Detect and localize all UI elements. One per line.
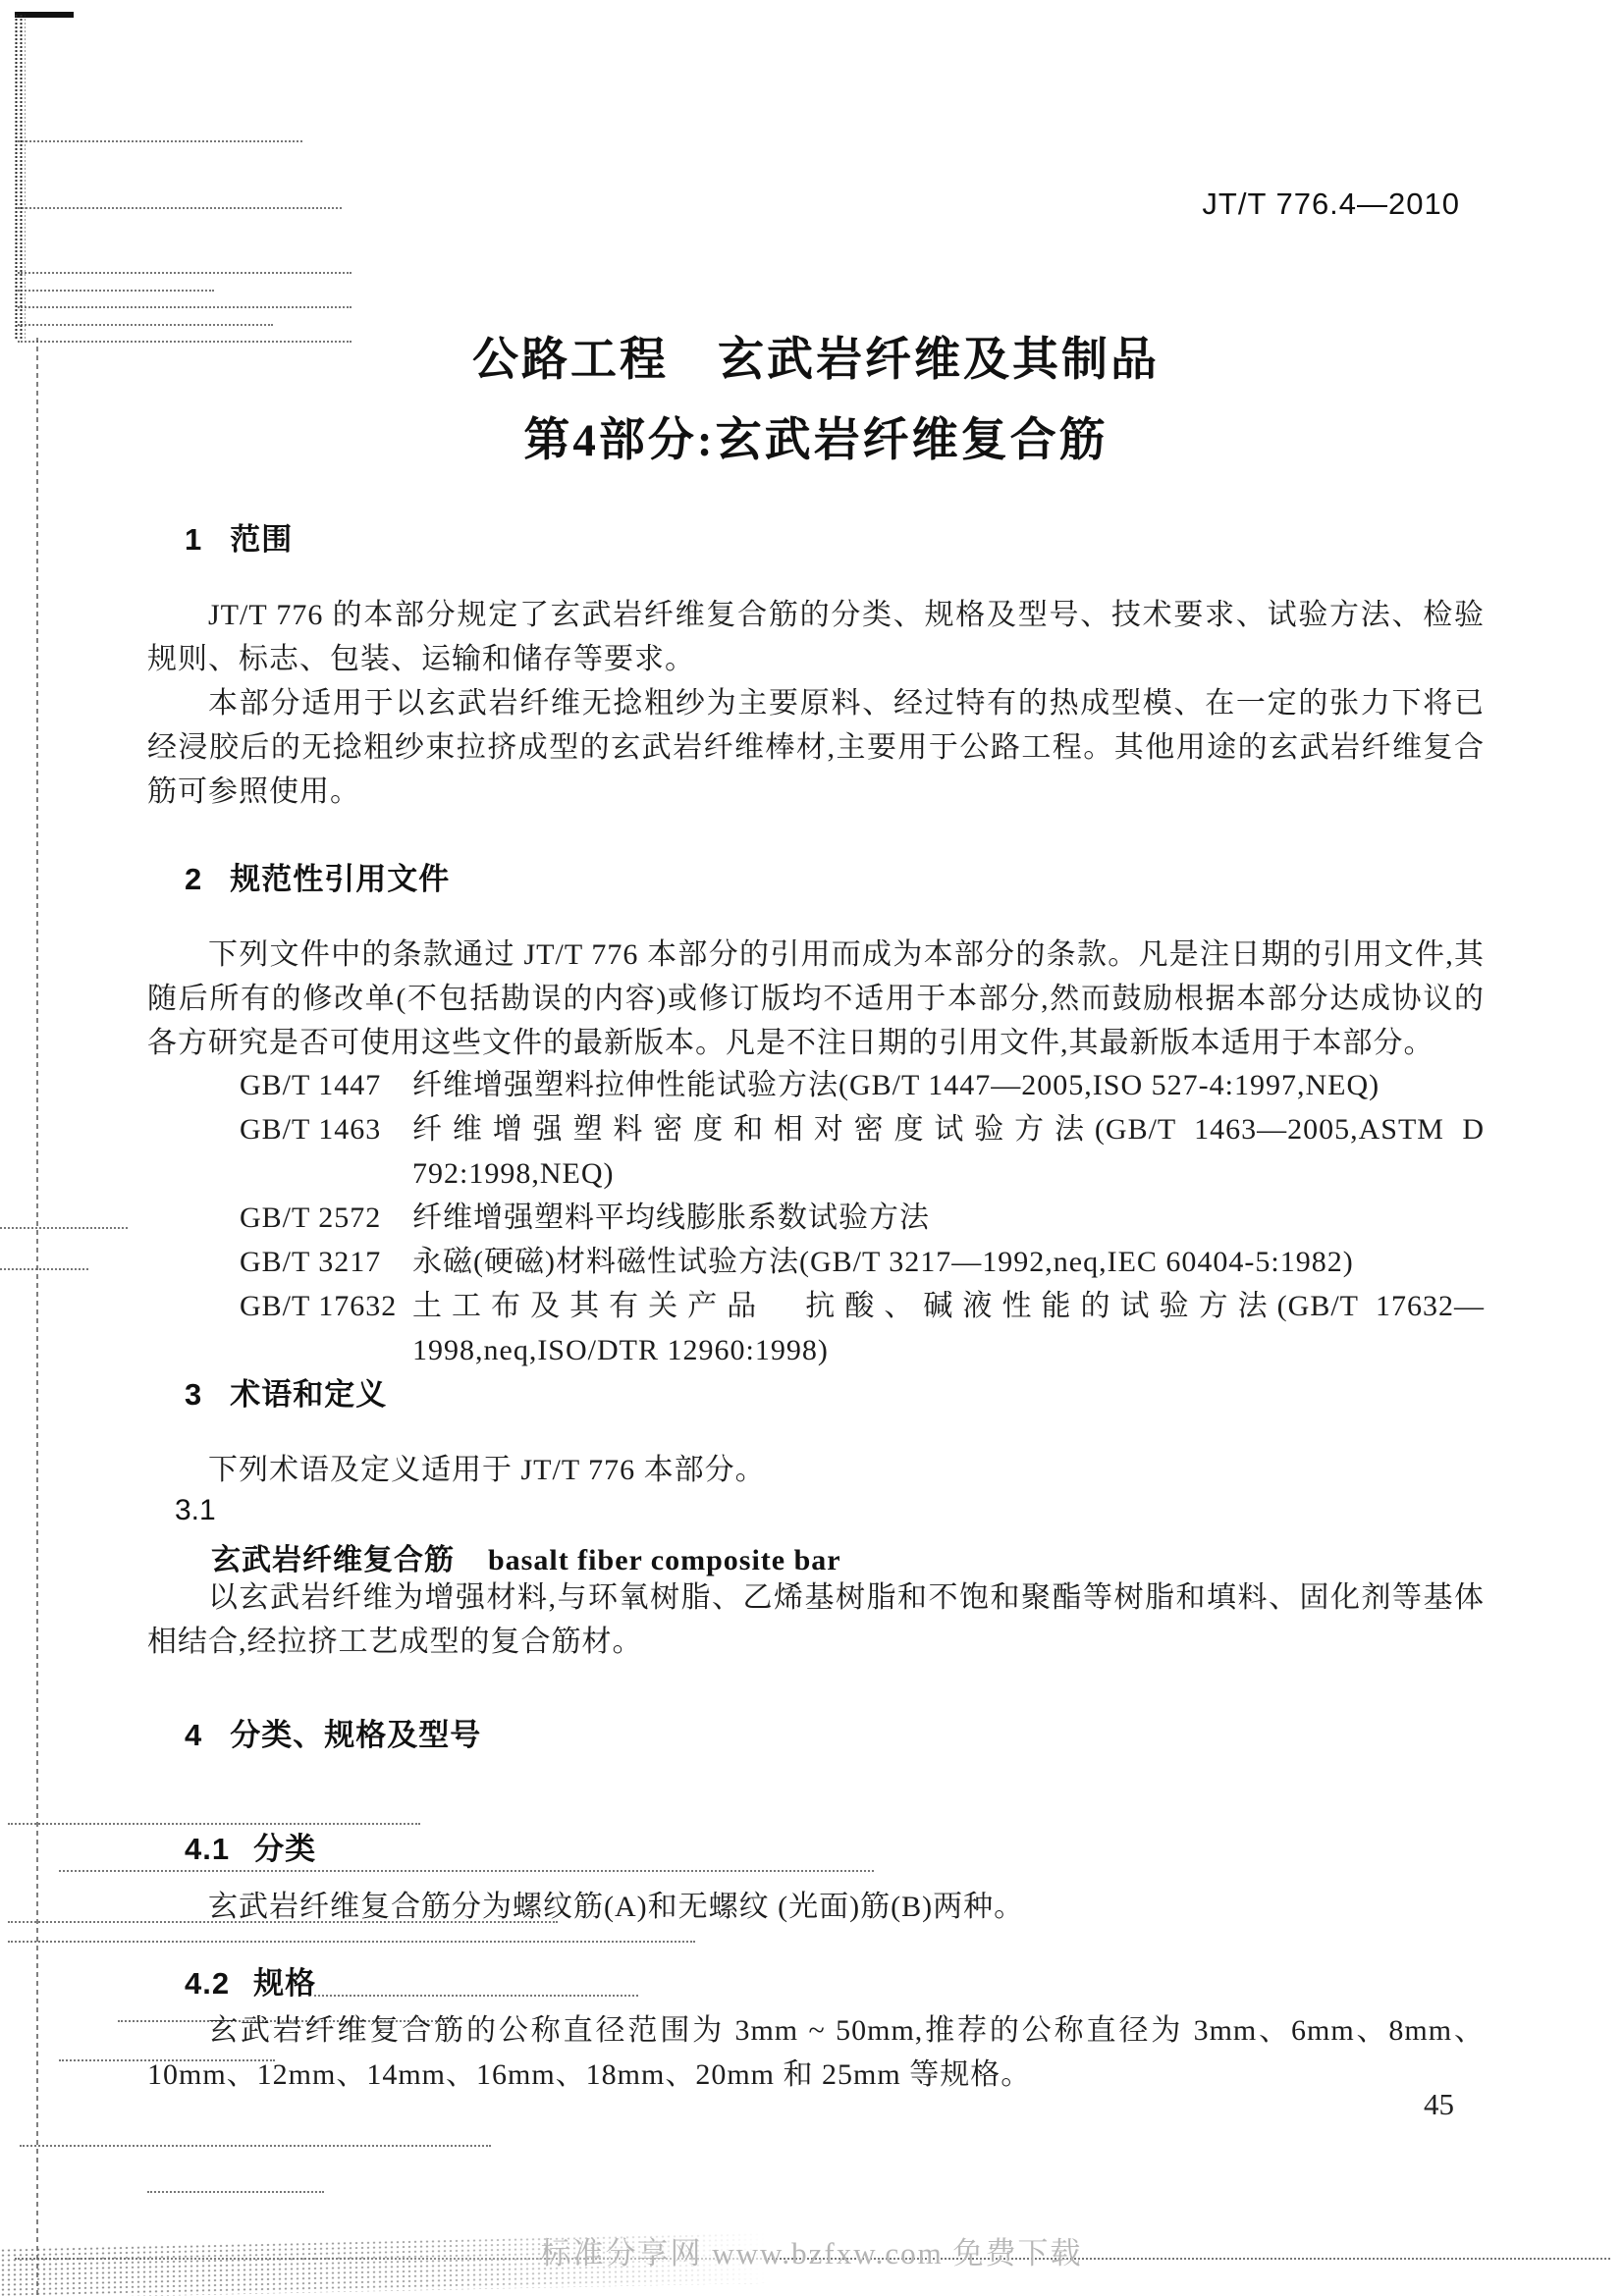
term-number: 3.1: [175, 1494, 1512, 1527]
section-title: 范围: [230, 522, 293, 557]
section-number: 4.2: [185, 1966, 230, 2001]
doc-title-line1: 公路工程 玄武岩纤维及其制品: [147, 320, 1485, 400]
section-3-heading: 3术语和定义: [185, 1369, 1522, 1414]
term-name-en: basalt fiber composite bar: [488, 1544, 841, 1576]
reference-title: 土工布及其有关产品 抗酸、碱液性能的试验方法(GB/T 17632—1998,n…: [412, 1284, 1485, 1372]
reference-title: 永磁(硬磁)材料磁性试验方法(GB/T 3217—1992,neq,IEC 60…: [412, 1240, 1485, 1284]
paragraph: 玄武岩纤维复合筋分为螺纹筋(A)和无螺纹 (光面)筋(B)两种。: [147, 1885, 1485, 1929]
section-title: 规范性引用文件: [230, 862, 450, 896]
scan-noise-line: [0, 1227, 128, 1229]
term-entry: 玄武岩纤维复合筋basalt fiber composite bar: [211, 1535, 1548, 1578]
paragraph: 以玄武岩纤维为增强材料,与环氧树脂、乙烯基树脂和不饱和聚酯等树脂和填料、固化剂等…: [147, 1575, 1485, 1664]
scan-noise-line: [8, 1941, 695, 1943]
watermark-text: 标准分享网 www.bzfxw.com 免费下载: [0, 2228, 1623, 2272]
section-4-1-body: 玄武岩纤维复合筋分为螺纹筋(A)和无螺纹 (光面)筋(B)两种。: [147, 1885, 1485, 1929]
section-title: 术语和定义: [230, 1377, 387, 1412]
reference-code: GB/T 1447: [240, 1063, 381, 1107]
scan-noise-line: [18, 290, 214, 292]
reference-code: GB/T 17632: [240, 1284, 397, 1328]
doc-title-line2: 第4部分:玄武岩纤维复合筋: [147, 400, 1485, 481]
doc-code: JT/T 776.4—2010: [1202, 187, 1460, 222]
reference-list: GB/T 1447 纤维增强塑料拉伸性能试验方法(GB/T 1447—2005,…: [147, 1063, 1485, 1372]
scan-noise-line: [147, 2191, 324, 2193]
section-title: 分类、规格及型号: [230, 1718, 481, 1752]
document-page: JT/T 776.4—2010 公路工程 玄武岩纤维及其制品 第4部分:玄武岩纤…: [0, 0, 1623, 2296]
section-1-body: JT/T 776 的本部分规定了玄武岩纤维复合筋的分类、规格及型号、技术要求、试…: [147, 593, 1485, 814]
reference-code: GB/T 1463: [240, 1107, 381, 1151]
section-number: 4: [185, 1718, 202, 1752]
section-3-intro: 下列术语及定义适用于 JT/T 776 本部分。: [147, 1448, 1485, 1492]
reference-item: GB/T 1463 纤维增强塑料密度和相对密度试验方法(GB/T 1463—20…: [147, 1107, 1485, 1196]
scan-noise-line: [18, 272, 352, 274]
section-number: 4.1: [185, 1832, 230, 1866]
term-name-cn: 玄武岩纤维复合筋: [211, 1544, 455, 1576]
scan-noise-line: [20, 2145, 491, 2147]
doc-title: 公路工程 玄武岩纤维及其制品 第4部分:玄武岩纤维复合筋: [147, 320, 1485, 481]
scan-noise-line: [59, 1870, 874, 1872]
paragraph: 玄武岩纤维复合筋的公称直径范围为 3mm ~ 50mm,推荐的公称直径为 3mm…: [147, 2008, 1485, 2097]
scan-noise-line: [18, 140, 302, 142]
scan-noise-line: [18, 306, 352, 308]
reference-title: 纤维增强塑料密度和相对密度试验方法(GB/T 1463—2005,ASTM D …: [412, 1107, 1485, 1196]
paragraph: 本部分适用于以玄武岩纤维无捻粗纱为主要原料、经过特有的热成型模、在一定的张力下将…: [147, 681, 1485, 814]
section-title: 规格: [253, 1966, 316, 2001]
section-title: 分类: [253, 1832, 316, 1866]
section-number: 2: [185, 862, 202, 896]
scan-noise-line: [0, 1268, 88, 1270]
reference-item: GB/T 3217 永磁(硬磁)材料磁性试验方法(GB/T 3217—1992,…: [147, 1240, 1485, 1284]
section-4-2-heading: 4.2规格: [185, 1958, 1522, 2002]
section-number: 3: [185, 1377, 202, 1412]
reference-title: 纤维增强塑料拉伸性能试验方法(GB/T 1447—2005,ISO 527-4:…: [412, 1063, 1485, 1107]
section-4-heading: 4分类、规格及型号: [185, 1710, 1522, 1754]
reference-item: GB/T 2572 纤维增强塑料平均线膨胀系数试验方法: [147, 1196, 1485, 1240]
reference-item: GB/T 17632 土工布及其有关产品 抗酸、碱液性能的试验方法(GB/T 1…: [147, 1284, 1485, 1372]
reference-item: GB/T 1447 纤维增强塑料拉伸性能试验方法(GB/T 1447—2005,…: [147, 1063, 1485, 1107]
reference-code: GB/T 3217: [240, 1240, 381, 1284]
scan-fold-line: [36, 338, 38, 2296]
paragraph: 下列术语及定义适用于 JT/T 776 本部分。: [147, 1448, 1485, 1492]
section-2-body: 下列文件中的条款通过 JT/T 776 本部分的引用而成为本部分的条款。凡是注日…: [147, 933, 1485, 1065]
section-1-heading: 1范围: [185, 514, 1522, 559]
term-definition: 以玄武岩纤维为增强材料,与环氧树脂、乙烯基树脂和不饱和聚酯等树脂和填料、固化剂等…: [147, 1575, 1485, 1664]
reference-code: GB/T 2572: [240, 1196, 381, 1240]
page-number: 45: [1424, 2087, 1454, 2122]
paragraph: JT/T 776 的本部分规定了玄武岩纤维复合筋的分类、规格及型号、技术要求、试…: [147, 593, 1485, 681]
paragraph: 下列文件中的条款通过 JT/T 776 本部分的引用而成为本部分的条款。凡是注日…: [147, 933, 1485, 1065]
section-4-1-heading: 4.1分类: [185, 1824, 1522, 1868]
scan-noise-line: [18, 207, 342, 209]
section-2-heading: 2规范性引用文件: [185, 854, 1522, 898]
section-number: 1: [185, 522, 202, 557]
reference-title: 纤维增强塑料平均线膨胀系数试验方法: [412, 1196, 1485, 1240]
section-4-2-body: 玄武岩纤维复合筋的公称直径范围为 3mm ~ 50mm,推荐的公称直径为 3mm…: [147, 2008, 1485, 2097]
